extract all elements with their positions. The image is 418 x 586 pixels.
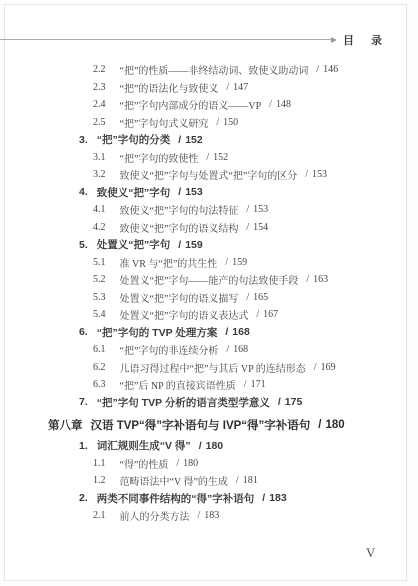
toc-entry-title: 范畴语法中“V 得”的生成 bbox=[120, 473, 228, 488]
toc-entry-separator: / bbox=[246, 222, 249, 233]
toc-entry-separator: / bbox=[199, 440, 202, 452]
toc-entry-number: 2.5 bbox=[93, 117, 106, 128]
toc-entry: 5. 处置义“把”字句 / 159 bbox=[5, 236, 409, 254]
toc-entry-page: 168 bbox=[232, 326, 250, 338]
toc-header-title: 目 录 bbox=[343, 32, 389, 48]
toc-entry: 6. “把”字句的 TVP 处理方案 / 168 bbox=[5, 324, 409, 342]
toc-entry-page: 183 bbox=[269, 492, 287, 504]
toc-entry: 第八章 汉语 TVP“得”字补语句与 IVP“得”字补语句 / 180 bbox=[5, 415, 409, 435]
toc-entry-separator: / bbox=[226, 82, 229, 93]
toc-entry-title: “把”后 NP 的直接宾语性质 bbox=[120, 377, 236, 392]
toc-entry-page: 159 bbox=[185, 239, 203, 251]
toc-entry-number: 3. bbox=[79, 134, 88, 146]
toc-entry-separator: / bbox=[305, 169, 308, 180]
toc-entry-title: 处置义“把”字句的语义描写 bbox=[120, 290, 239, 305]
toc-entry-title: 致使义“把”字句的句法特征 bbox=[120, 202, 239, 217]
toc-entry-page: 153 bbox=[312, 169, 327, 180]
toc-entry-page: 153 bbox=[185, 186, 203, 198]
toc-entry-number: 2.4 bbox=[93, 99, 106, 110]
toc-entry-separator: / bbox=[246, 204, 249, 215]
toc-entry: 2. 两类不同事件结构的“得”字补语句 / 183 bbox=[5, 490, 409, 508]
toc-entry-number: 7. bbox=[79, 396, 88, 408]
toc-entry-number: 1. bbox=[79, 440, 88, 452]
toc-entry: 3. “把”字句的分类 / 152 bbox=[5, 131, 409, 149]
toc-entry-number: 6.1 bbox=[93, 344, 106, 355]
toc-entry: 6.3 “把”后 NP 的直接宾语性质 / 171 bbox=[5, 376, 409, 394]
toc-entry-title: “把”字句的非连续分析 bbox=[120, 342, 219, 357]
toc-entry-separator: / bbox=[176, 458, 179, 469]
toc-entry: 3.1 “把”字句的致使性 / 152 bbox=[5, 149, 409, 167]
toc-entry-number: 2. bbox=[79, 492, 88, 504]
toc-entry-title: 处置义“把”字句 bbox=[97, 237, 171, 252]
toc-entry-number: 5.4 bbox=[93, 309, 106, 320]
toc-entry-number: 6.3 bbox=[93, 379, 106, 390]
toc-entry-number: 第八章 bbox=[48, 417, 83, 433]
toc-entry-number: 4.2 bbox=[93, 222, 106, 233]
toc-entry-number: 3.1 bbox=[93, 152, 106, 163]
toc-entry-page: 152 bbox=[213, 152, 228, 163]
toc-entry: 6.2 儿语习得过程中“把”与其后 VP 的连结形态 / 169 bbox=[5, 359, 409, 377]
toc-entry-title: 汉语 TVP“得”字补语句与 IVP“得”字补语句 bbox=[91, 417, 311, 433]
toc-entry: 5.3 处置义“把”字句的语义描写 / 165 bbox=[5, 289, 409, 307]
toc-entry-separator: / bbox=[244, 379, 247, 390]
toc-entry-number: 5.1 bbox=[93, 257, 106, 268]
toc-entry-title: “把”字句句式义研究 bbox=[120, 115, 209, 130]
toc-entry-title: 致使义“把”字句与处置式“把”字句的区分 bbox=[120, 167, 298, 182]
toc-entry-number: 1.2 bbox=[93, 475, 106, 486]
toc-entry-page: 150 bbox=[223, 117, 238, 128]
toc-entry: 5.4 处置义“把”字句的语义表达式 / 167 bbox=[5, 306, 409, 324]
toc-entry: 6.1 “把”字句的非连续分析 / 168 bbox=[5, 341, 409, 359]
toc-entry-page: 148 bbox=[276, 99, 291, 110]
toc-entry: 1.2 范畴语法中“V 得”的生成 / 181 bbox=[5, 472, 409, 490]
toc-entry-number: 6.2 bbox=[93, 362, 106, 373]
toc-entry-separator: / bbox=[316, 64, 319, 75]
toc-entry-separator: / bbox=[226, 344, 229, 355]
toc-entry-number: 4. bbox=[79, 186, 88, 198]
toc-entry: 2.4 “把”字句内部成分的语义——VP / 148 bbox=[5, 96, 409, 114]
toc-entry-page: 181 bbox=[243, 475, 258, 486]
toc-entry-title: “把”字句的分类 bbox=[97, 132, 171, 147]
toc-entry-separator: / bbox=[216, 117, 219, 128]
toc-entry-separator: / bbox=[318, 419, 321, 431]
toc-entry-title: “把”的语法化与致使义 bbox=[120, 80, 219, 95]
toc-entry: 1. 词汇规则生成“V 得” / 180 bbox=[5, 437, 409, 455]
toc-entry: 5.1 准 VR 与“把”的共生性 / 159 bbox=[5, 254, 409, 272]
toc-entry-separator: / bbox=[256, 309, 259, 320]
toc-entry-separator: / bbox=[314, 362, 317, 373]
toc-entry-page: 167 bbox=[263, 309, 278, 320]
toc-entry-separator: / bbox=[262, 492, 265, 504]
toc-entry: 2.3 “把”的语法化与致使义 / 147 bbox=[5, 79, 409, 97]
toc-entry-page: 183 bbox=[204, 510, 219, 521]
toc-entry-separator: / bbox=[206, 152, 209, 163]
toc-entry-page: 165 bbox=[253, 292, 268, 303]
toc-entry-number: 1.1 bbox=[93, 458, 106, 469]
toc-entry-page: 168 bbox=[233, 344, 248, 355]
toc-entry-separator: / bbox=[225, 257, 228, 268]
toc-entry: 2.5 “把”字句句式义研究 / 150 bbox=[5, 114, 409, 132]
toc-entry-title: “把”字句的 TVP 处理方案 bbox=[97, 325, 218, 340]
toc-entry: 4.1 致使义“把”字句的句法特征 / 153 bbox=[5, 201, 409, 219]
toc-entry-separator: / bbox=[246, 292, 249, 303]
toc-entry-number: 5.3 bbox=[93, 292, 106, 303]
toc-entry-page: 180 bbox=[183, 458, 198, 469]
toc-entry-title: 两类不同事件结构的“得”字补语句 bbox=[97, 491, 255, 506]
toc-entry-page: 159 bbox=[232, 257, 247, 268]
toc-entry: 7. “把”字句 TVP 分析的语言类型学意义 / 175 bbox=[5, 394, 409, 412]
toc-entry-separator: / bbox=[225, 326, 228, 338]
toc-entry-title: 儿语习得过程中“把”与其后 VP 的连结形态 bbox=[120, 360, 306, 375]
toc-entry-title: 准 VR 与“把”的共生性 bbox=[120, 255, 218, 270]
toc-entry-number: 2.1 bbox=[93, 510, 106, 521]
toc-entry-page: 154 bbox=[253, 222, 268, 233]
toc-entry-separator: / bbox=[198, 510, 201, 521]
page-number: V bbox=[366, 545, 375, 561]
toc-entry: 4. 致使义“把”字句 / 153 bbox=[5, 184, 409, 202]
toc-entry-page: 153 bbox=[253, 204, 268, 215]
toc-entry-number: 2.2 bbox=[93, 64, 106, 75]
toc-entry-page: 163 bbox=[313, 274, 328, 285]
toc-entry-number: 3.2 bbox=[93, 169, 106, 180]
toc-entry-number: 2.3 bbox=[93, 82, 106, 93]
toc-entry-page: 147 bbox=[233, 82, 248, 93]
toc-entry-page: 180 bbox=[326, 419, 345, 431]
toc-entry-title: 致使义“把”字句的语义结构 bbox=[120, 220, 239, 235]
header-rule-arrow-icon bbox=[331, 37, 337, 43]
toc-entry-page: 180 bbox=[206, 440, 224, 452]
toc-entry: 3.2 致使义“把”字句与处置式“把”字句的区分 / 153 bbox=[5, 166, 409, 184]
toc-entry-separator: / bbox=[178, 134, 181, 146]
toc-entry-title: “把”字句 TVP 分析的语言类型学意义 bbox=[97, 395, 270, 410]
toc-entry-separator: / bbox=[178, 186, 181, 198]
toc-entry-title: 处置义“把”字句的语义表达式 bbox=[120, 307, 249, 322]
toc-entry-page: 175 bbox=[285, 396, 303, 408]
toc-entry-title: 词汇规则生成“V 得” bbox=[97, 438, 191, 453]
toc-entry-page: 152 bbox=[185, 134, 203, 146]
toc-entry: 1.1 “得”的性质 / 180 bbox=[5, 455, 409, 473]
toc-list: 2.2 “把”的性质——非终结动词、致使义助动词 / 146 2.3 “把”的语… bbox=[5, 61, 409, 525]
toc-entry-separator: / bbox=[236, 475, 239, 486]
toc-entry-page: 169 bbox=[321, 362, 336, 373]
toc-entry-number: 5.2 bbox=[93, 274, 106, 285]
toc-entry-title: 前人的分类方法 bbox=[120, 508, 190, 523]
toc-entry-title: “得”的性质 bbox=[120, 456, 169, 471]
toc-entry-title: “把”字句的致使性 bbox=[120, 150, 199, 165]
toc-entry-number: 4.1 bbox=[93, 204, 106, 215]
toc-entry-title: “把”的性质——非终结动词、致使义助动词 bbox=[120, 62, 309, 77]
toc-entry: 5.2 处置义“把”字句——能产的句法致使手段 / 163 bbox=[5, 271, 409, 289]
toc-entry-number: 5. bbox=[79, 239, 88, 251]
toc-entry: 2.1 前人的分类方法 / 183 bbox=[5, 507, 409, 525]
toc-entry: 2.2 “把”的性质——非终结动词、致使义助动词 / 146 bbox=[5, 61, 409, 79]
toc-entry-separator: / bbox=[278, 396, 281, 408]
toc-entry-title: “把”字句内部成分的语义——VP bbox=[120, 97, 262, 112]
toc-entry-separator: / bbox=[306, 274, 309, 285]
toc-entry: 4.2 致使义“把”字句的语义结构 / 154 bbox=[5, 219, 409, 237]
header-rule bbox=[0, 39, 331, 40]
toc-entry-separator: / bbox=[178, 239, 181, 251]
toc-entry-number: 6. bbox=[79, 326, 88, 338]
toc-entry-page: 171 bbox=[251, 379, 266, 390]
toc-entry-page: 146 bbox=[323, 64, 338, 75]
toc-entry-title: 处置义“把”字句——能产的句法致使手段 bbox=[120, 272, 299, 287]
toc-entry-separator: / bbox=[269, 99, 272, 110]
toc-entry-title: 致使义“把”字句 bbox=[97, 185, 171, 200]
